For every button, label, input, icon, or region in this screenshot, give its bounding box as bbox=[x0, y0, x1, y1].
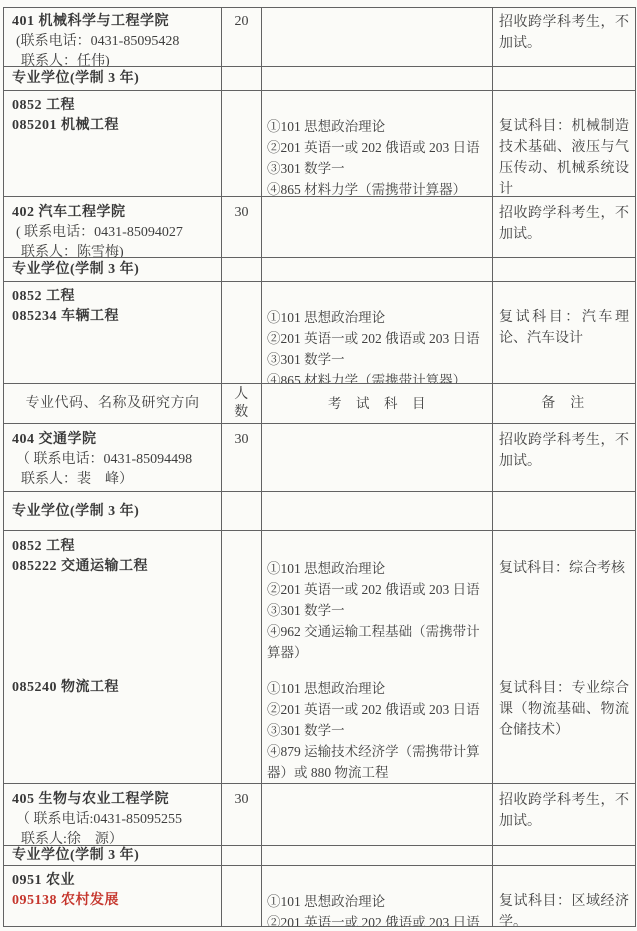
header-quota-column: 人 数 bbox=[222, 384, 262, 423]
scanned-admissions-document: 401 机械科学与工程学院 (联系电话：0431-85095428 联系人：任伟… bbox=[0, 0, 637, 931]
subject-2: ②201 英语一或 202 俄语或 203 日语 bbox=[262, 579, 492, 600]
cell-empty bbox=[222, 282, 262, 383]
program-code: 085222 交通运输工程 bbox=[4, 557, 221, 577]
subject-4: ④879 运输技术经济学（需携带计算器）或 880 物流工程 bbox=[262, 741, 492, 783]
cell-college-402-remark: 招收跨学科考生，不加试。 bbox=[493, 197, 633, 257]
subject-3: ③301 数学一 bbox=[262, 720, 492, 741]
subject-3: ③301 数学一 bbox=[262, 349, 492, 370]
subject-2: ②201 英语一或 202 俄语或 203 日语 bbox=[262, 137, 492, 158]
cell-college-404-quota: 30 bbox=[222, 424, 262, 491]
subject-1: ①101 思想政治理论 bbox=[262, 307, 492, 328]
program-block-085222: 0852 工程 085222 交通运输工程 bbox=[4, 537, 221, 577]
subject-4: ④865 材料力学（需携带计算器） bbox=[262, 370, 492, 383]
cell-review-085234: 复试科目：汽车理论、汽车设计 bbox=[493, 282, 633, 383]
program-code: 085201 机械工程 bbox=[4, 116, 221, 136]
subject-1: ①101 思想政治理论 bbox=[262, 558, 492, 579]
college-405-title: 405 生物与农业工程学院 bbox=[4, 790, 221, 810]
college-404-phone: （ 联系电话：0431-85094498 bbox=[4, 450, 221, 470]
discipline-code: 0852 工程 bbox=[4, 537, 221, 557]
subject-4: ④865 材料力学（需携带计算器） bbox=[262, 179, 492, 196]
row-degree-401: 专业学位(学制 3 年) bbox=[4, 67, 635, 91]
subjects-085222: ①101 思想政治理论 ②201 英语一或 202 俄语或 203 日语 ③30… bbox=[262, 558, 492, 663]
subject-2: ②201 英语一或 202 俄语或 203 日语 bbox=[262, 912, 492, 926]
remark-text: 招收跨学科考生，不加试。 bbox=[493, 790, 633, 832]
college-401-phone: (联系电话：0431-85095428 bbox=[4, 32, 221, 52]
degree-label: 专业学位(学制 3 年) bbox=[4, 502, 221, 522]
cell-degree-402: 专业学位(学制 3 年) bbox=[4, 258, 222, 281]
college-404-title: 404 交通学院 bbox=[4, 430, 221, 450]
cell-empty bbox=[222, 67, 262, 90]
discipline-code: 0951 农业 bbox=[4, 871, 221, 891]
cell-degree-405: 专业学位(学制 3 年) bbox=[4, 846, 222, 865]
discipline-code: 0852 工程 bbox=[4, 287, 221, 307]
header-quota-line1: 人 bbox=[234, 386, 249, 404]
review-text: 复试科目：区域经济学。 bbox=[493, 891, 633, 926]
subject-1: ①101 思想政治理论 bbox=[262, 891, 492, 912]
row-program-085234: 0852 工程 085234 车辆工程 ①101 思想政治理论 ②201 英语一… bbox=[4, 282, 635, 384]
cell-college-401-name: 401 机械科学与工程学院 (联系电话：0431-85095428 联系人：任伟… bbox=[4, 8, 222, 66]
row-program-085201: 0852 工程 085201 机械工程 ①101 思想政治理论 ②201 英语一… bbox=[4, 91, 635, 197]
cell-empty bbox=[262, 846, 493, 865]
cell-empty bbox=[222, 91, 262, 196]
college-404-contact: 联系人：裴 峰） bbox=[4, 470, 221, 490]
cell-subjects-085201: ①101 思想政治理论 ②201 英语一或 202 俄语或 203 日语 ③30… bbox=[262, 91, 493, 196]
header-quota-line2: 数 bbox=[234, 404, 249, 422]
subject-4: ④962 交通运输工程基础（需携带计算器） bbox=[262, 621, 492, 663]
program-code: 085240 物流工程 bbox=[4, 678, 221, 698]
cell-program-095138: 0951 农业 095138 农村发展 bbox=[4, 866, 222, 926]
cell-empty bbox=[222, 492, 262, 530]
cell-degree-404: 专业学位(学制 3 年) bbox=[4, 492, 222, 530]
subject-1: ①101 思想政治理论 bbox=[262, 678, 492, 699]
review-text: 复试科目：专业综合课（物流基础、物流仓储技术） bbox=[493, 678, 633, 741]
cell-empty bbox=[493, 846, 633, 865]
degree-label: 专业学位(学制 3 年) bbox=[4, 847, 221, 864]
cell-empty bbox=[222, 258, 262, 281]
remark-text: 招收跨学科考生，不加试。 bbox=[493, 12, 633, 54]
cell-reviews-404: 复试科目：综合考核 复试科目：专业综合课（物流基础、物流仓储技术） bbox=[493, 531, 633, 783]
cell-degree-401: 专业学位(学制 3 年) bbox=[4, 67, 222, 90]
cell-empty bbox=[222, 846, 262, 865]
degree-label: 专业学位(学制 3 年) bbox=[4, 69, 221, 89]
cell-college-404-remark: 招收跨学科考生，不加试。 bbox=[493, 424, 633, 491]
review-085222: 复试科目：综合考核 bbox=[493, 558, 633, 579]
row-college-401: 401 机械科学与工程学院 (联系电话：0431-85095428 联系人：任伟… bbox=[4, 8, 635, 67]
row-degree-404: 专业学位(学制 3 年) bbox=[4, 492, 635, 531]
discipline-code: 0852 工程 bbox=[4, 96, 221, 116]
review-text: 复试科目：汽车理论、汽车设计 bbox=[493, 307, 633, 349]
header-remark-label: 备 注 bbox=[541, 395, 585, 413]
program-code: 085234 车辆工程 bbox=[4, 307, 221, 327]
cell-college-405-remark: 招收跨学科考生，不加试。 bbox=[493, 784, 633, 845]
cell-college-405-quota: 30 bbox=[222, 784, 262, 845]
review-text: 复试科目：综合考核 bbox=[493, 558, 633, 579]
cell-empty bbox=[262, 67, 493, 90]
college-405-contact: 联系人:徐 源） bbox=[4, 830, 221, 845]
cell-empty bbox=[262, 197, 493, 257]
cell-subjects-095138: ①101 思想政治理论 ②201 英语一或 202 俄语或 203 日语 bbox=[262, 866, 493, 926]
cell-empty bbox=[493, 67, 633, 90]
cell-empty bbox=[262, 492, 493, 530]
college-401-title: 401 机械科学与工程学院 bbox=[4, 12, 221, 32]
row-table-header: 专业代码、名称及研究方向 人 数 考 试 科 目 备 注 bbox=[4, 384, 635, 424]
program-block-085240: 085240 物流工程 bbox=[4, 678, 221, 698]
cell-empty bbox=[262, 258, 493, 281]
cell-review-085201: 复试科目：机械制造技术基础、液压与气压传动、机械系统设计 bbox=[493, 91, 633, 196]
cell-subjects-085234: ①101 思想政治理论 ②201 英语一或 202 俄语或 203 日语 ③30… bbox=[262, 282, 493, 383]
row-degree-402: 专业学位(学制 3 年) bbox=[4, 258, 635, 282]
college-402-title: 402 汽车工程学院 bbox=[4, 203, 221, 223]
cell-college-402-quota: 30 bbox=[222, 197, 262, 257]
subject-2: ②201 英语一或 202 俄语或 203 日语 bbox=[262, 699, 492, 720]
subject-2: ②201 英语一或 202 俄语或 203 日语 bbox=[262, 328, 492, 349]
row-program-095138: 0951 农业 095138 农村发展 ①101 思想政治理论 ②201 英语一… bbox=[4, 866, 635, 926]
cell-subjects-404: ①101 思想政治理论 ②201 英语一或 202 俄语或 203 日语 ③30… bbox=[262, 531, 493, 783]
admissions-table: 401 机械科学与工程学院 (联系电话：0431-85095428 联系人：任伟… bbox=[3, 7, 636, 927]
cell-college-401-subjects-empty bbox=[262, 8, 493, 66]
quota-value: 30 bbox=[222, 790, 261, 810]
cell-college-401-quota: 20 bbox=[222, 8, 262, 66]
quota-value: 30 bbox=[222, 430, 261, 450]
header-remark-column: 备 注 bbox=[493, 384, 633, 423]
college-402-contact: 联系人：陈雪梅) bbox=[4, 243, 221, 257]
degree-label: 专业学位(学制 3 年) bbox=[4, 260, 221, 280]
cell-program-085201: 0852 工程 085201 机械工程 bbox=[4, 91, 222, 196]
review-text: 复试科目：机械制造技术基础、液压与气压传动、机械系统设计 bbox=[493, 116, 633, 196]
cell-review-095138: 复试科目：区域经济学。 bbox=[493, 866, 633, 926]
quota-value: 20 bbox=[222, 12, 261, 32]
review-085240: 复试科目：专业综合课（物流基础、物流仓储技术） bbox=[493, 678, 633, 741]
header-subjects-column: 考 试 科 目 bbox=[262, 384, 493, 423]
subjects-085240: ①101 思想政治理论 ②201 英语一或 202 俄语或 203 日语 ③30… bbox=[262, 678, 492, 783]
cell-empty bbox=[493, 258, 633, 281]
header-program-label: 专业代码、名称及研究方向 bbox=[26, 395, 200, 413]
cell-college-401-remark: 招收跨学科考生，不加试。 bbox=[493, 8, 633, 66]
remark-text: 招收跨学科考生，不加试。 bbox=[493, 430, 633, 472]
cell-program-085234: 0852 工程 085234 车辆工程 bbox=[4, 282, 222, 383]
college-405-phone: （ 联系电话:0431-85095255 bbox=[4, 810, 221, 830]
cell-empty bbox=[222, 866, 262, 926]
program-code-highlighted: 095138 农村发展 bbox=[4, 891, 221, 911]
cell-college-404-name: 404 交通学院 （ 联系电话：0431-85094498 联系人：裴 峰） bbox=[4, 424, 222, 491]
cell-empty bbox=[262, 784, 493, 845]
subject-3: ③301 数学一 bbox=[262, 600, 492, 621]
cell-empty bbox=[493, 492, 633, 530]
row-college-404: 404 交通学院 （ 联系电话：0431-85094498 联系人：裴 峰） 3… bbox=[4, 424, 635, 492]
header-subjects-label: 考 试 科 目 bbox=[328, 395, 426, 413]
row-programs-404: 0852 工程 085222 交通运输工程 085240 物流工程 ①101 思… bbox=[4, 531, 635, 784]
remark-text: 招收跨学科考生，不加试。 bbox=[493, 203, 633, 245]
cell-empty bbox=[222, 531, 262, 783]
college-402-phone: ( 联系电话：0431-85094027 bbox=[4, 223, 221, 243]
header-program-column: 专业代码、名称及研究方向 bbox=[4, 384, 222, 423]
row-degree-405: 专业学位(学制 3 年) bbox=[4, 846, 635, 866]
cell-empty bbox=[262, 424, 493, 491]
college-401-contact: 联系人：任伟) bbox=[4, 52, 221, 66]
quota-value: 30 bbox=[222, 203, 261, 223]
cell-college-405-name: 405 生物与农业工程学院 （ 联系电话:0431-85095255 联系人:徐… bbox=[4, 784, 222, 845]
subject-3: ③301 数学一 bbox=[262, 158, 492, 179]
cell-programs-404-codes: 0852 工程 085222 交通运输工程 085240 物流工程 bbox=[4, 531, 222, 783]
row-college-405: 405 生物与农业工程学院 （ 联系电话:0431-85095255 联系人:徐… bbox=[4, 784, 635, 846]
subject-1: ①101 思想政治理论 bbox=[262, 116, 492, 137]
row-college-402: 402 汽车工程学院 ( 联系电话：0431-85094027 联系人：陈雪梅)… bbox=[4, 197, 635, 258]
cell-college-402-name: 402 汽车工程学院 ( 联系电话：0431-85094027 联系人：陈雪梅) bbox=[4, 197, 222, 257]
